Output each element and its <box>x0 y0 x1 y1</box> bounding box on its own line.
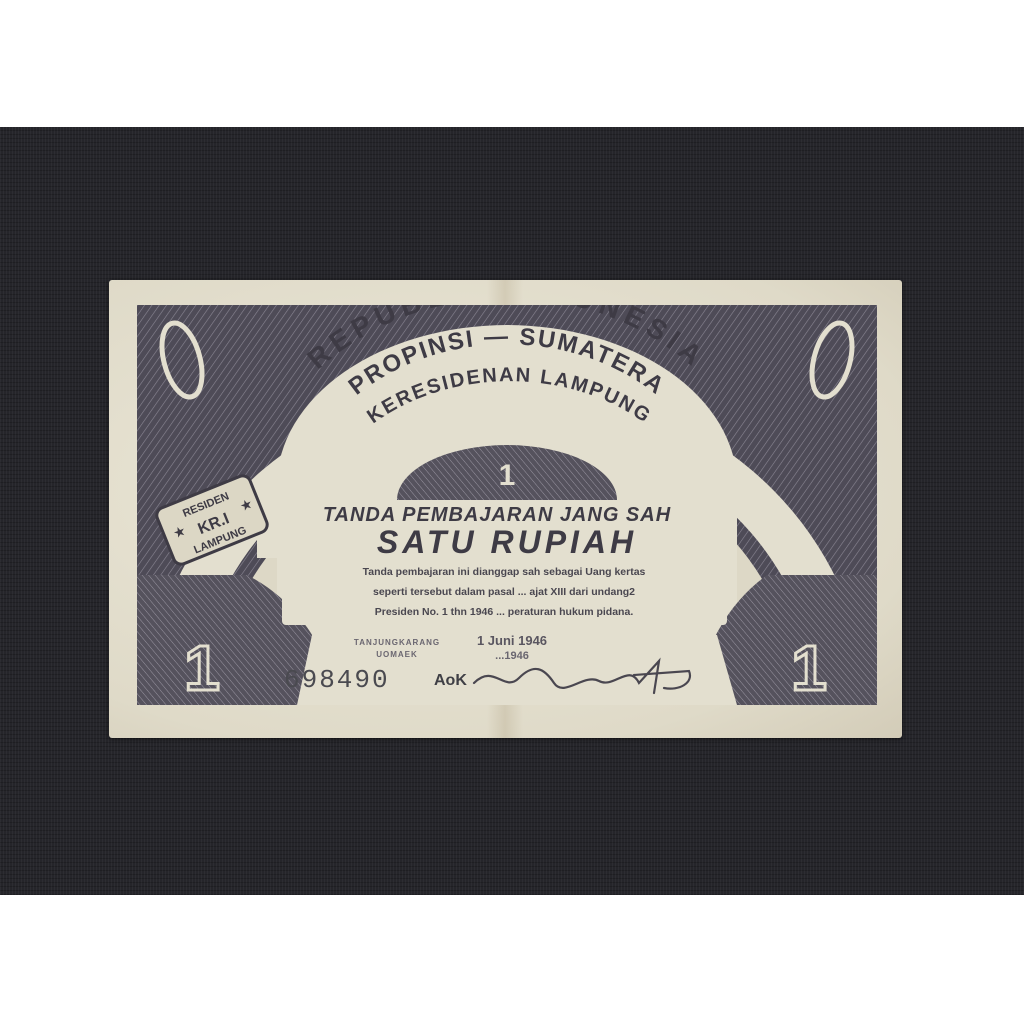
corner-numeral-left: 1 <box>184 632 220 704</box>
issue-date: 1 Juni 1946 <box>477 633 547 648</box>
place-label: TANJUNGKARANG <box>354 638 440 647</box>
corner-numeral-right: 1 <box>791 632 827 704</box>
legal-text-line-3: Presiden No. 1 thn 1946 ... peraturan hu… <box>375 606 634 618</box>
center-numeral: 1 <box>499 459 516 492</box>
serial-number: 698490 <box>284 665 390 695</box>
signature <box>464 653 694 701</box>
banknote-print: REPUBLIK INDONESIA PROPINSI — SUMATERA K… <box>137 305 877 705</box>
denomination: SATU RUPIAH <box>377 524 637 560</box>
issuer-label: UOMAEK <box>376 650 418 659</box>
subtitle: TANDA PEMBAJARAN JANG SAH <box>323 504 671 526</box>
legal-text-line-2: seperti tersebut dalam pasal ... ajat XI… <box>373 586 635 598</box>
banknote: REPUBLIK INDONESIA PROPINSI — SUMATERA K… <box>109 280 902 738</box>
legal-text-line-1: Tanda pembajaran ini dianggap sah sebaga… <box>363 566 646 578</box>
serial-prefix: AoK <box>434 672 467 690</box>
